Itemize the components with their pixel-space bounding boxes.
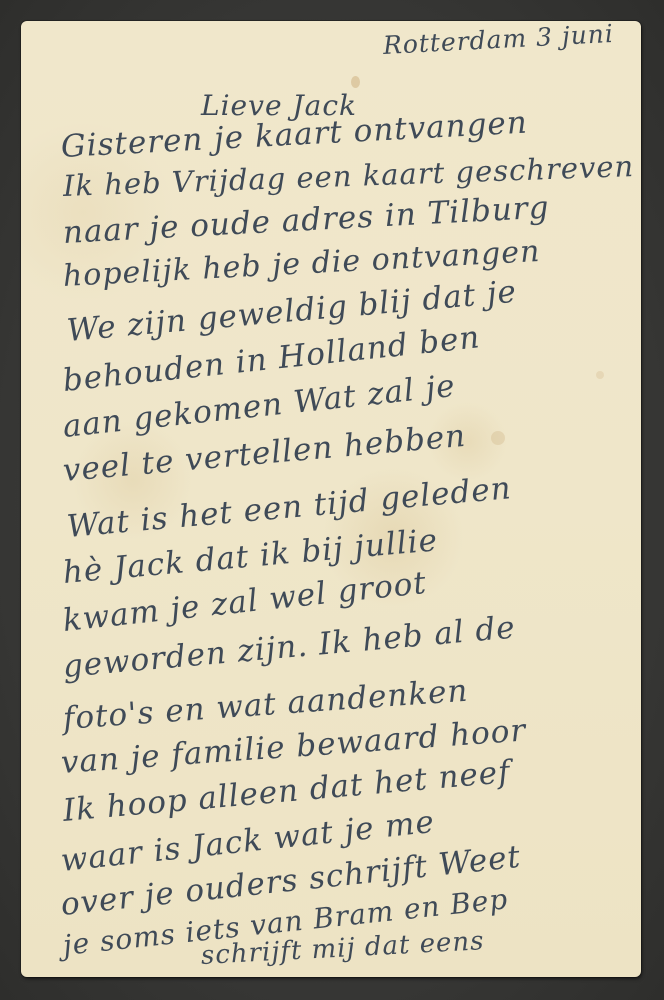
date-line: Rotterdam 3 juni xyxy=(382,19,614,60)
foxing-stain xyxy=(351,76,360,88)
postcard: Rotterdam 3 juni Lieve Jack Gisteren je … xyxy=(21,21,641,977)
foxing-stain xyxy=(491,431,505,445)
foxing-stain xyxy=(596,371,604,379)
